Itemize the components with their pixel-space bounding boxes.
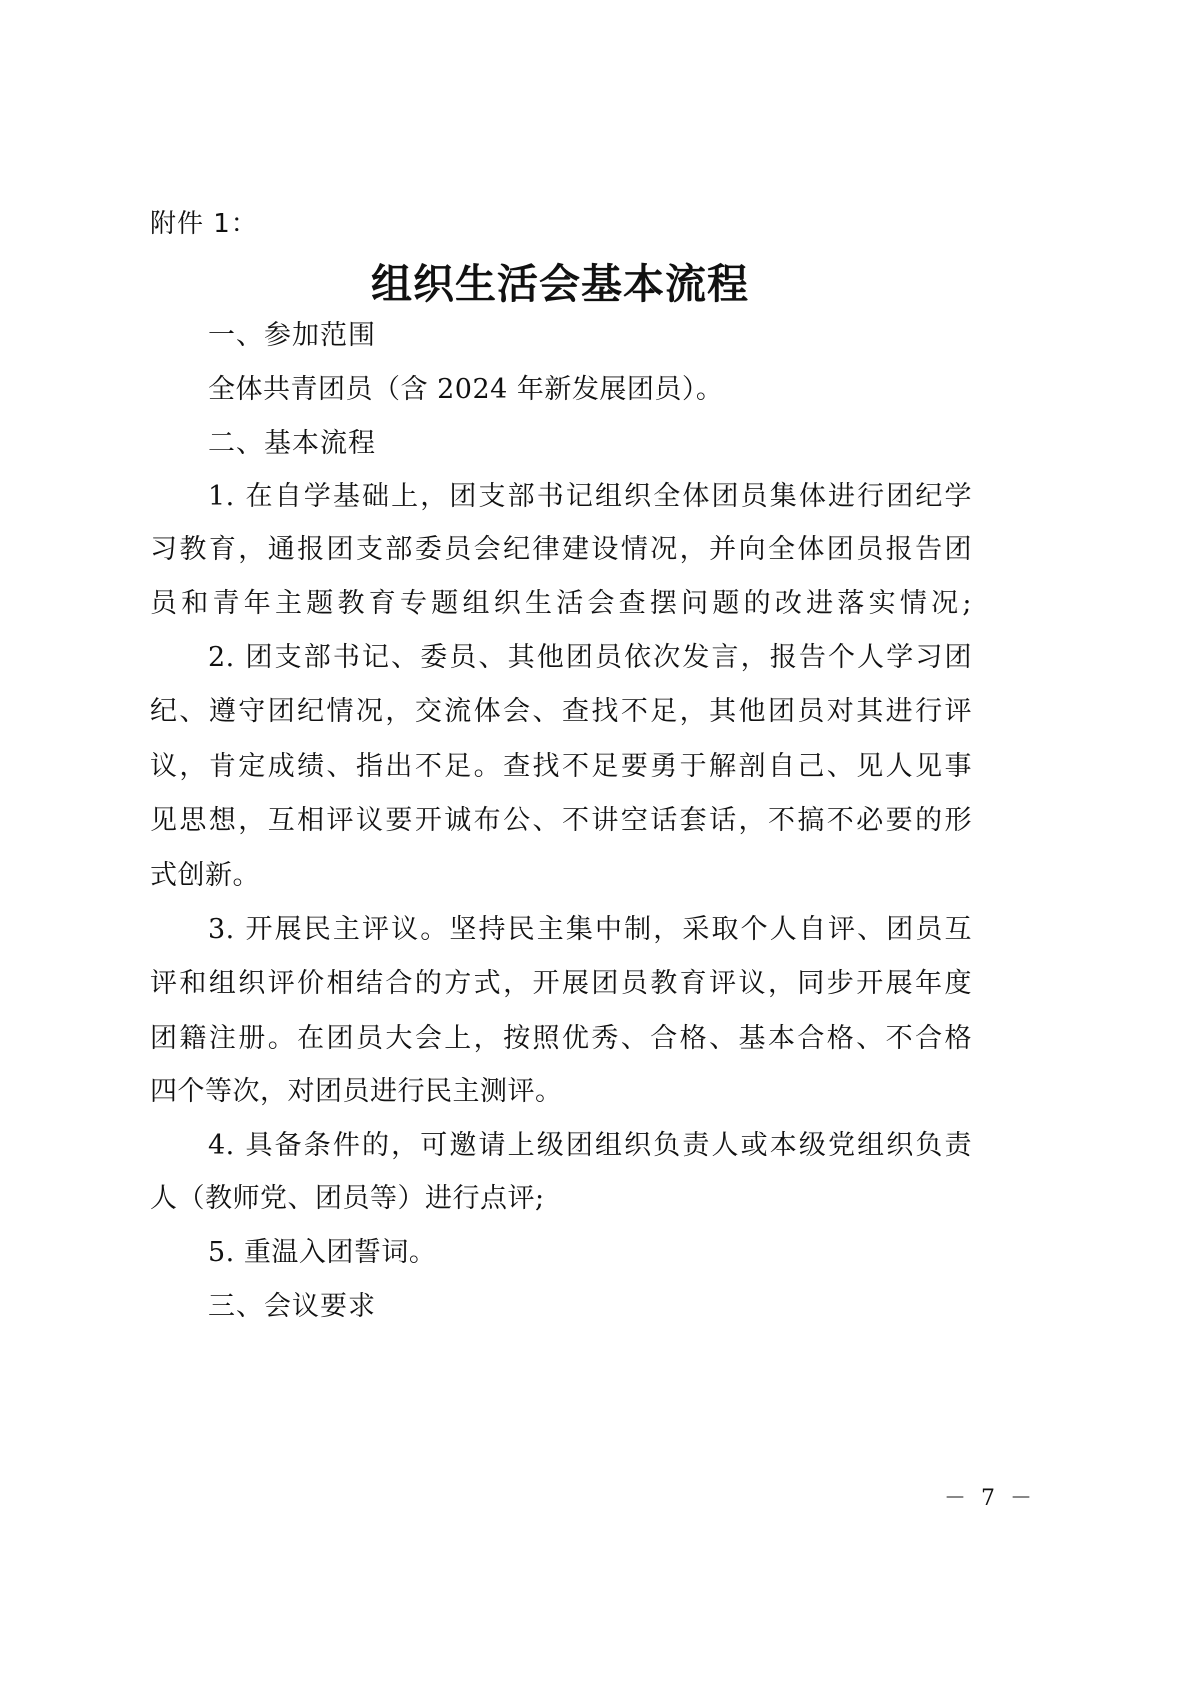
document-title: 组织生活会基本流程 [0, 256, 1120, 312]
process-item-3-line-3: 团籍注册。在团员大会上，按照优秀、合格、基本合格、不合格 [150, 1012, 972, 1066]
process-item-4-line-1: 4. 具备条件的，可邀请上级团组织负责人或本级党组织负责 [150, 1119, 972, 1173]
section-heading-process: 二、基本流程 [208, 417, 376, 471]
scope-text: 全体共青团员（含 2024 年新发展团员）。 [150, 363, 972, 417]
process-item-2-line-1: 2. 团支部书记、委员、其他团员依次发言，报告个人学习团 [150, 631, 972, 685]
process-item-2-line-3: 议，肯定成绩、指出不足。查找不足要勇于解剖自己、见人见事 [150, 740, 972, 794]
document-page: 附件 1： 组织生活会基本流程 一、参加范围 全体共青团员（含 2024 年新发… [0, 0, 1191, 1684]
process-item-1-line-1: 1. 在自学基础上，团支部书记组织全体团员集体进行团纪学 [150, 470, 972, 524]
attachment-label: 附件 1： [150, 205, 258, 243]
process-item-1-line-2: 习教育，通报团支部委员会纪律建设情况，并向全体团员报告团 [150, 523, 972, 577]
process-item-5-line-1: 5. 重温入团誓词。 [150, 1226, 972, 1280]
page-number: － 7 － [940, 1484, 1040, 1514]
process-item-1-line-3: 员和青年主题教育专题组织生活会查摆问题的改进落实情况; [150, 577, 972, 631]
process-item-4-line-2: 人（教师党、团员等）进行点评; [150, 1172, 972, 1226]
section-heading-requirements: 三、会议要求 [208, 1280, 376, 1334]
process-item-3-line-4: 四个等次，对团员进行民主测评。 [150, 1065, 972, 1119]
section-heading-scope: 一、参加范围 [208, 309, 376, 363]
process-item-3-line-2: 评和组织评价相结合的方式，开展团员教育评议，同步开展年度 [150, 957, 972, 1011]
process-item-3-line-1: 3. 开展民主评议。坚持民主集中制，采取个人自评、团员互 [150, 903, 972, 957]
process-item-2-line-5: 式创新。 [150, 849, 972, 903]
process-item-2-line-4: 见思想，互相评议要开诚布公、不讲空话套话，不搞不必要的形 [150, 794, 972, 848]
process-item-2-line-2: 纪、遵守团纪情况，交流体会、查找不足，其他团员对其进行评 [150, 685, 972, 739]
